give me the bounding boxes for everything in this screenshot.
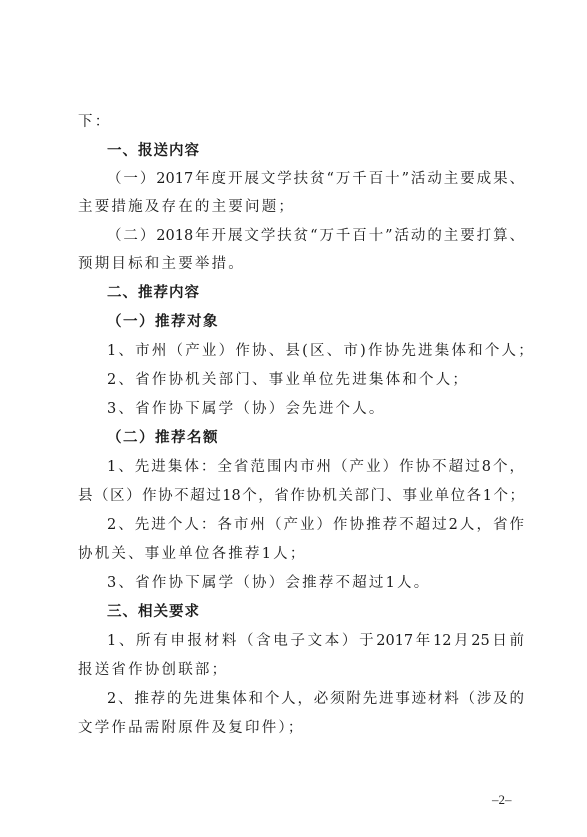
text-line: 报送省作协创联部；: [78, 660, 524, 680]
text-line: 1、所有申报材料（含电子文本）于2017年12月25日前: [107, 631, 524, 651]
text-line: 协机关、事业单位各推荐1人；: [78, 544, 524, 564]
text-line: （二）2018年开展文学扶贫“万千百十”活动的主要打算、: [107, 226, 524, 246]
text-line: 预期目标和主要举措。: [78, 254, 524, 274]
document-page: 下： 一、报送内容 （一）2017年度开展文学扶贫“万千百十”活动主要成果、 主…: [0, 0, 587, 837]
text-line-continuation: 下：: [78, 112, 524, 132]
text-line: 县（区）作协不超过18个，省作协机关部门、事业单位各1个；: [78, 486, 524, 506]
text-line: 3、省作协下属学（协）会先进个人。: [107, 399, 524, 419]
subheading-recommendation-targets: （一）推荐对象: [107, 312, 524, 332]
section-heading-recommendation-content: 二、推荐内容: [107, 283, 524, 303]
page-number: –2–: [492, 792, 512, 808]
text-line: 2、推荐的先进集体和个人，必须附先进事迹材料（涉及的: [107, 689, 524, 709]
subheading-recommendation-quota: （二）推荐名额: [107, 428, 524, 448]
text-line: 2、省作协机关部门、事业单位先进集体和个人；: [107, 370, 524, 390]
section-heading-report-content: 一、报送内容: [107, 141, 524, 161]
text-line: （一）2017年度开展文学扶贫“万千百十”活动主要成果、: [107, 169, 524, 189]
text-line: 文学作品需附原件及复印件）；: [78, 718, 524, 738]
text-line: 1、先进集体：全省范围内市州（产业）作协不超过8个，: [107, 457, 524, 477]
text-line: 2、先进个人：各市州（产业）作协推荐不超过2人，省作: [107, 515, 524, 535]
text-line: 主要措施及存在的主要问题；: [78, 197, 524, 217]
text-line: 3、省作协下属学（协）会推荐不超过1人。: [107, 573, 524, 593]
section-heading-requirements: 三、相关要求: [107, 602, 524, 622]
text-line: 1、市州（产业）作协、县(区、市)作协先进集体和个人；: [107, 341, 524, 361]
